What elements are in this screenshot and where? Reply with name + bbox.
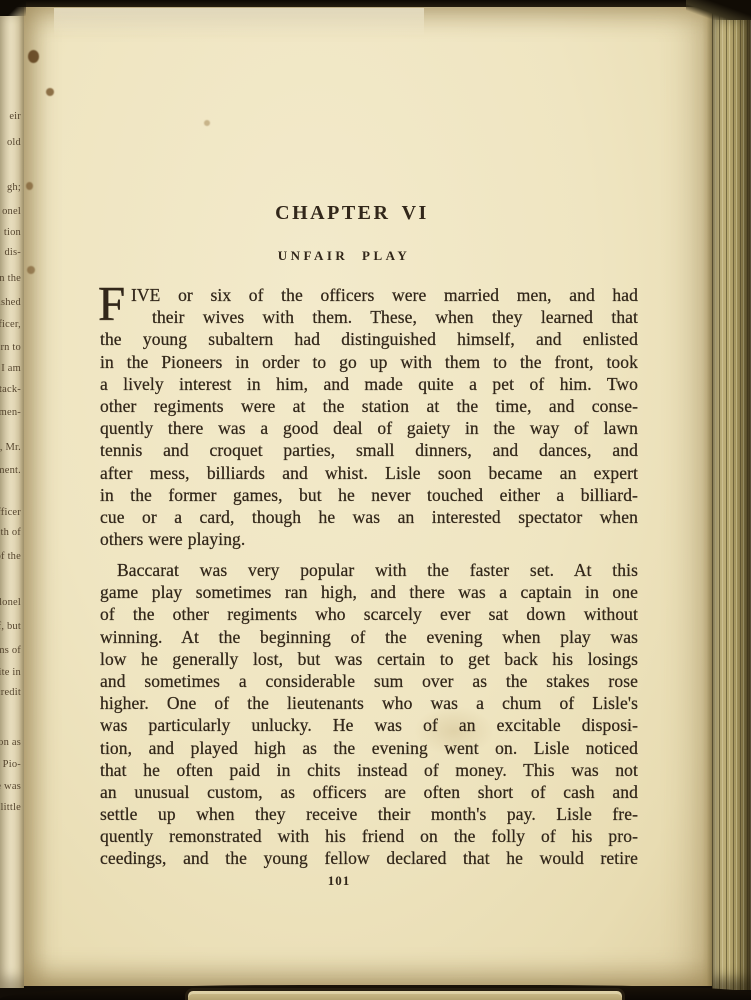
edge-text-fragment: old [7, 137, 21, 148]
text-line: was particularly unlucky. He was of an e… [100, 714, 638, 736]
edge-text-fragment: men- [0, 407, 21, 418]
edge-text-fragment: ished [0, 297, 21, 308]
page-number: 101 [289, 873, 389, 889]
edge-text-fragment: e was [0, 781, 21, 792]
dropcap-letter: F [98, 282, 125, 326]
edge-text-fragment: oon as [0, 737, 21, 748]
text-line: and sometimes a considerable sum over as… [100, 670, 638, 692]
text-line: the young subaltern had distinguished hi… [100, 328, 638, 350]
text-line: that he often paid in chits instead of m… [100, 759, 638, 781]
edge-text-fragment: gh; [7, 182, 21, 193]
foxing-spot [46, 88, 54, 96]
edge-text-fragment: olonel [0, 597, 21, 608]
previous-page-edge: eir old gh; onel tion dis- n the ished f… [0, 3, 24, 988]
edge-text-fragment: rms of [0, 645, 21, 656]
edge-text-fragment: rn to [0, 342, 21, 353]
text-line: Baccarat was very popular with the faste… [100, 559, 638, 581]
edge-text-fragment: f, but [0, 621, 21, 632]
foxing-spot [26, 182, 33, 190]
text-line: game play sometimes ran high, and there … [100, 581, 638, 603]
edge-text-fragment: tion [4, 227, 21, 238]
foxing-spot [204, 120, 210, 126]
edge-text-fragment: onel [2, 206, 21, 217]
text-line: their wives with them. These, when they … [100, 306, 638, 328]
text-line: others were playing. [100, 528, 638, 550]
text-line: a lively interest in him, and made quite… [100, 373, 638, 395]
edge-text-fragment: lth of [0, 527, 21, 538]
edge-text-fragment: credit [0, 687, 21, 698]
section-title: UNFAIR PLAY [75, 248, 613, 264]
text-line: cue or a card, though he was an interest… [100, 506, 638, 528]
edge-text-fragment: fficer, [0, 319, 21, 330]
edge-text-fragment: rite in [0, 667, 21, 678]
top-shadow [0, 0, 751, 7]
bottom-page-edges [185, 988, 625, 1000]
paragraph: F IVE or six of the officers were marrie… [100, 284, 638, 550]
text-line: tion, and played high as the evening wen… [100, 737, 638, 759]
edge-text-fragment: n the [0, 273, 21, 284]
foxing-spot [28, 50, 39, 63]
scan-glare [54, 8, 424, 36]
edge-text-fragment: ttack- [0, 384, 21, 395]
top-right-shadow [686, 0, 751, 20]
edge-text-fragment: I am [1, 363, 21, 374]
text-line: other regiments were at the station at t… [100, 395, 638, 417]
edge-text-fragment: of the [0, 551, 21, 562]
text-line: after mess, billiards and whist. Lisle s… [100, 462, 638, 484]
text-line: of the other regiments who scarcely ever… [100, 603, 638, 625]
paragraph: Baccarat was very popular with the faste… [100, 559, 638, 870]
edge-text-fragment: ment. [0, 465, 21, 476]
text-line: ceedings, and the young fellow declared … [100, 847, 638, 869]
fore-edge-pages [712, 4, 751, 990]
edge-text-fragment: eir [9, 111, 21, 122]
text-line: IVE or six of the officers were married … [100, 284, 638, 306]
text-line: quently there was a good deal of gaiety … [100, 417, 638, 439]
text-line: settle up when they receive their month'… [100, 803, 638, 825]
book-scan-photo: eir old gh; onel tion dis- n the ished f… [0, 0, 751, 1000]
text-line: quently remonstrated with his friend on … [100, 825, 638, 847]
top-left-shadow [0, 0, 26, 16]
text-line: tennis and croquet parties, small dinner… [100, 439, 638, 461]
text-line: an unusual custom, as officers are often… [100, 781, 638, 803]
book-page: CHAPTER VI UNFAIR PLAY F IVE or six of t… [24, 6, 714, 986]
text-line: low he generally lost, but was certain t… [100, 648, 638, 670]
text-line: in the Pioneers in order to go up with t… [100, 351, 638, 373]
edge-text-fragment: , Mr. [0, 442, 21, 453]
chapter-heading: CHAPTER VI [83, 202, 621, 225]
text-line: higher. One of the lieutenants who was a… [100, 692, 638, 714]
text-line: in the former games, but he never touche… [100, 484, 638, 506]
text-line: winning. At the beginning of the evening… [100, 626, 638, 648]
edge-text-fragment: little [1, 802, 21, 813]
edge-text-fragment: dis- [4, 247, 21, 258]
edge-text-fragment: e Pio- [0, 759, 21, 770]
edge-text-fragment: officer [0, 507, 21, 518]
foxing-spot [27, 266, 35, 274]
